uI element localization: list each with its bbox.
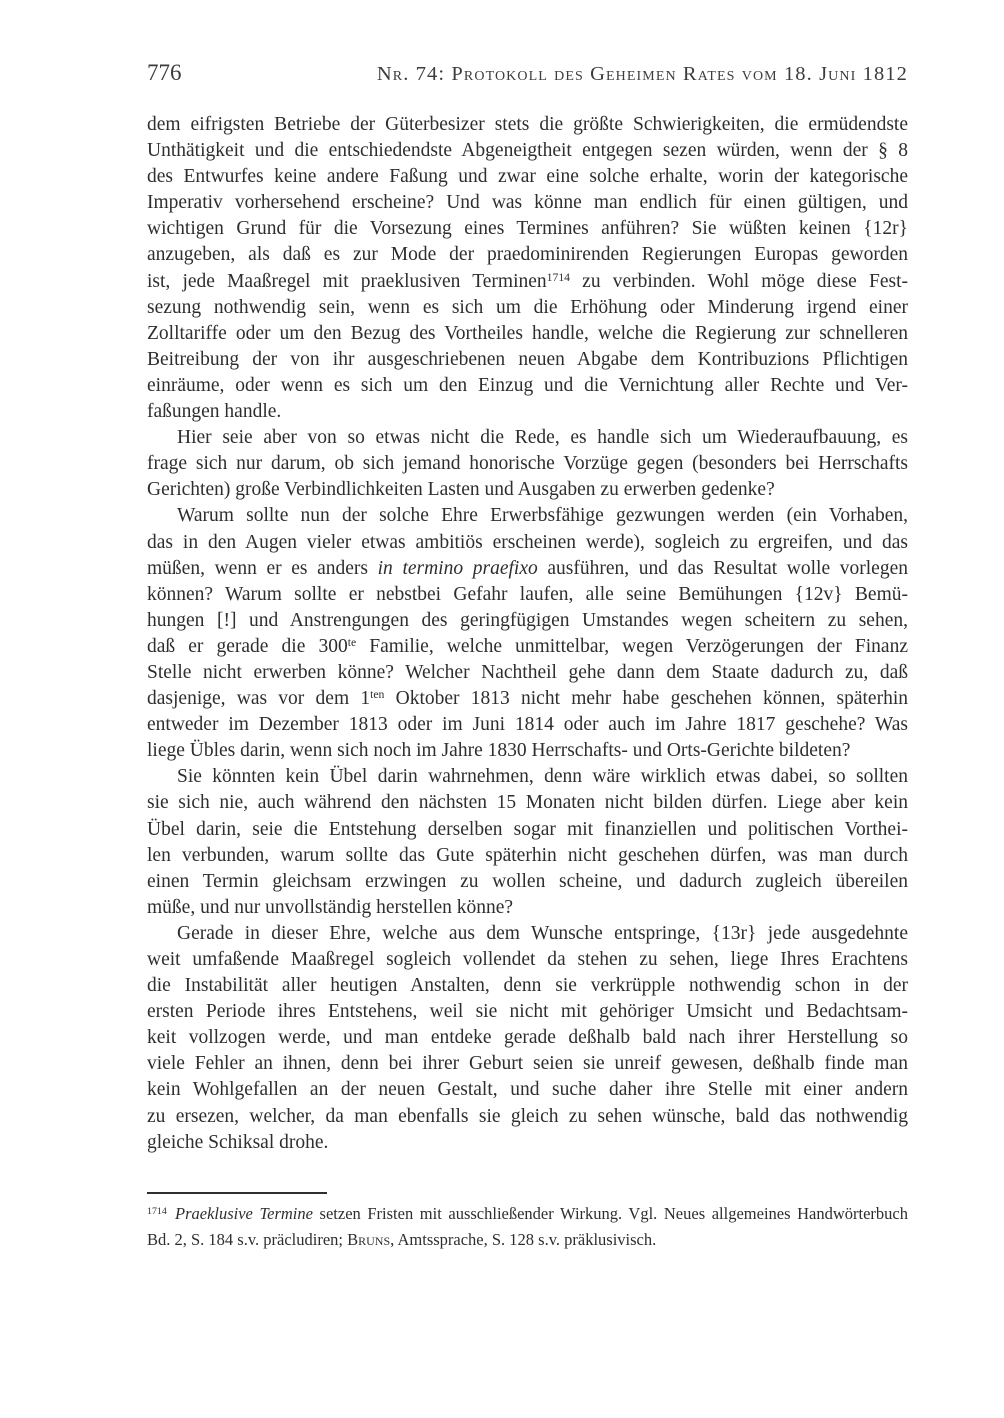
text-line: Stelle nicht erwerben könne? Welcher Nac…: [147, 660, 908, 686]
text-line: faßungen handle.: [147, 399, 908, 425]
text-line: das in den Augen vieler etwas ambitiös e…: [147, 530, 908, 556]
text-line: len verbunden, warum sollte das Gute spä…: [147, 843, 908, 869]
text-run: Oktober 1813 nicht mehr habe geschehen k…: [384, 688, 908, 709]
footnote-separator: [147, 1192, 327, 1194]
text-run: frage sich nur darum, ob sich jemand hon…: [147, 453, 908, 474]
text-line: anzugeben, als daß es zur Mode der praed…: [147, 242, 908, 268]
text-run: ten: [370, 688, 384, 701]
paragraph: Warum sollte nun der solche Ehre Erwerbs…: [147, 503, 908, 764]
text-run: hungen [!] und Anstrengungen des geringf…: [147, 610, 908, 631]
text-run: können? Warum sollte er nebstbei Gefahr …: [147, 584, 908, 605]
text-run: 1714: [147, 1206, 167, 1217]
text-line: sie sich nie, auch während den nächsten …: [147, 790, 908, 816]
text-run: kein Wohlgefallen an der neuen Gestalt, …: [147, 1079, 908, 1100]
body-text: dem eifrigsten Betriebe der Güterbesizer…: [147, 112, 908, 1156]
text-run: ersten Periode ihres Entstehens, weil si…: [147, 1001, 908, 1022]
text-line: frage sich nur darum, ob sich jemand hon…: [147, 451, 908, 477]
text-run: die Instabilität aller heutigen Anstalte…: [147, 975, 908, 996]
text-run: Warum sollte nun der solche Ehre Erwerbs…: [177, 505, 908, 526]
text-run: Gerade in dieser Ehre, welche aus dem Wu…: [177, 923, 908, 944]
text-line: Beitreibung der von ihr ausgeschriebenen…: [147, 347, 908, 373]
text-line: ersten Periode ihres Entstehens, weil si…: [147, 999, 908, 1025]
text-line: zu ersezen, welcher, da man ebenfalls si…: [147, 1104, 908, 1130]
paragraph: Gerade in dieser Ehre, welche aus dem Wu…: [147, 921, 908, 1156]
text-line: Unthätigkeit und die entschiedendste Abg…: [147, 138, 908, 164]
text-run: ausführen, und das Resultat wolle vorleg…: [538, 558, 908, 579]
text-line: entweder im Dezember 1813 oder im Juni 1…: [147, 712, 908, 738]
text-line: sezung nothwendig sein, wenn es sich um …: [147, 295, 908, 321]
text-run: sie sich nie, auch während den nächsten …: [147, 792, 908, 813]
text-run: Bruns: [347, 1230, 390, 1249]
text-run: Imperativ vorhersehend erscheine? Und wa…: [147, 192, 908, 213]
paragraph: Sie könnten kein Übel darin wahrnehmen, …: [147, 764, 908, 921]
text-run: weit umfaßende Maaßregel sogleich vollen…: [147, 949, 908, 970]
text-line: 1714 Praeklusive Termine setzen Fristen …: [147, 1201, 908, 1227]
text-line: Gerichten) große Verbindlichkeiten Laste…: [147, 477, 908, 503]
text-run: des Entwurfes keine andere Faßung und zw…: [147, 166, 908, 187]
text-line: Warum sollte nun der solche Ehre Erwerbs…: [147, 503, 908, 529]
text-run: Übel darin, seie die Entstehung derselbe…: [147, 819, 908, 840]
text-run: Hier seie aber von so etwas nicht die Re…: [177, 427, 908, 448]
text-line: einräume, oder wenn es sich um den Einzu…: [147, 373, 908, 399]
text-line: daß er gerade die 300te Familie, welche …: [147, 634, 908, 660]
text-run: das in den Augen vieler etwas ambitiös e…: [147, 532, 908, 553]
text-run: müße, und nur unvollständig herstellen k…: [147, 897, 513, 918]
text-line: keit vollzogen werde, und man entdeke ge…: [147, 1025, 908, 1051]
text-line: müße, und nur unvollständig herstellen k…: [147, 895, 908, 921]
text-line: einen Termin gleichsam erzwingen zu woll…: [147, 869, 908, 895]
text-line: weit umfaßende Maaßregel sogleich vollen…: [147, 947, 908, 973]
text-run: ist, jede Maaßregel mit praeklusiven Ter…: [147, 271, 547, 292]
running-head-title: Nr. 74: Protokoll des Geheimen Rates vom…: [377, 63, 908, 86]
text-line: Hier seie aber von so etwas nicht die Re…: [147, 425, 908, 451]
text-line: Übel darin, seie die Entstehung derselbe…: [147, 817, 908, 843]
text-run: gleiche Schiksal drohe.: [147, 1132, 328, 1153]
text-line: Imperativ vorhersehend erscheine? Und wa…: [147, 190, 908, 216]
text-run: Unthätigkeit und die entschiedendste Abg…: [147, 140, 908, 161]
text-run: [167, 1204, 175, 1223]
text-line: hungen [!] und Anstrengungen des geringf…: [147, 608, 908, 634]
page-number: 776: [147, 60, 182, 86]
text-run: te: [348, 636, 356, 649]
text-run: einen Termin gleichsam erzwingen zu woll…: [147, 871, 908, 892]
text-run: müßen, wenn er es anders: [147, 558, 378, 579]
text-line: die Instabilität aller heutigen Anstalte…: [147, 973, 908, 999]
text-line: müßen, wenn er es anders in termino prae…: [147, 556, 908, 582]
text-line: Sie könnten kein Übel darin wahrnehmen, …: [147, 764, 908, 790]
text-run: anzugeben, als daß es zur Mode der praed…: [147, 244, 908, 265]
paragraph: dem eifrigsten Betriebe der Güterbesizer…: [147, 112, 908, 425]
text-run: liege Übles darin, wenn sich noch im Jah…: [147, 740, 850, 761]
text-run: viele Fehler an ihnen, denn bei ihrer Ge…: [147, 1053, 908, 1074]
text-run: Praeklusive Termine: [175, 1204, 313, 1223]
text-run: zu ersezen, welcher, da man ebenfalls si…: [147, 1106, 908, 1127]
running-header: 776 Nr. 74: Protokoll des Geheimen Rates…: [147, 60, 908, 86]
text-line: ist, jede Maaßregel mit praeklusiven Ter…: [147, 269, 908, 295]
text-line: des Entwurfes keine andere Faßung und zw…: [147, 164, 908, 190]
text-run: faßungen handle.: [147, 401, 281, 422]
text-run: len verbunden, warum sollte das Gute spä…: [147, 845, 908, 866]
text-run: Zolltariffe oder um den Bezug des Vorthe…: [147, 323, 908, 344]
text-run: Familie, welche unmittelbar, wegen Verzö…: [356, 636, 908, 657]
text-run: setzen Fristen mit ausschließender Wirku…: [313, 1204, 908, 1223]
text-line: Bd. 2, S. 184 s.v. präcludiren; Bruns, A…: [147, 1227, 908, 1253]
text-run: dasjenige, was vor dem 1: [147, 688, 370, 709]
text-run: 1714: [547, 271, 570, 284]
text-line: wichtigen Grund für die Vorsezung eines …: [147, 216, 908, 242]
text-run: zu verbinden. Wohl möge diese Fest-: [570, 271, 908, 292]
footnote: 1714 Praeklusive Termine setzen Fristen …: [147, 1192, 908, 1253]
text-run: Stelle nicht erwerben könne? Welcher Nac…: [147, 662, 908, 683]
text-line: Gerade in dieser Ehre, welche aus dem Wu…: [147, 921, 908, 947]
text-run: wichtigen Grund für die Vorsezung eines …: [147, 218, 908, 239]
text-line: können? Warum sollte er nebstbei Gefahr …: [147, 582, 908, 608]
text-line: Zolltariffe oder um den Bezug des Vorthe…: [147, 321, 908, 347]
text-run: Sie könnten kein Übel darin wahrnehmen, …: [177, 766, 908, 787]
text-run: sezung nothwendig sein, wenn es sich um …: [147, 297, 908, 318]
text-line: dem eifrigsten Betriebe der Güterbesizer…: [147, 112, 908, 138]
text-run: Bd. 2, S. 184 s.v. präcludiren;: [147, 1230, 347, 1249]
text-run: daß er gerade die 300: [147, 636, 348, 657]
text-run: einräume, oder wenn es sich um den Einzu…: [147, 375, 908, 396]
text-run: entweder im Dezember 1813 oder im Juni 1…: [147, 714, 908, 735]
text-run: keit vollzogen werde, und man entdeke ge…: [147, 1027, 908, 1048]
text-run: dem eifrigsten Betriebe der Güterbesizer…: [147, 114, 908, 135]
text-run: Beitreibung der von ihr ausgeschriebenen…: [147, 349, 908, 370]
paragraph: Hier seie aber von so etwas nicht die Re…: [147, 425, 908, 503]
paragraph: 1714 Praeklusive Termine setzen Fristen …: [147, 1201, 908, 1253]
text-line: liege Übles darin, wenn sich noch im Jah…: [147, 738, 908, 764]
text-run: in termino praefixo: [378, 558, 538, 579]
text-run: Gerichten) große Verbindlichkeiten Laste…: [147, 479, 775, 500]
footnote-text: 1714 Praeklusive Termine setzen Fristen …: [147, 1201, 908, 1253]
text-line: gleiche Schiksal drohe.: [147, 1130, 908, 1156]
text-run: , Amtssprache, S. 128 s.v. präklusivisch…: [390, 1230, 656, 1249]
text-line: viele Fehler an ihnen, denn bei ihrer Ge…: [147, 1051, 908, 1077]
text-line: dasjenige, was vor dem 1ten Oktober 1813…: [147, 686, 908, 712]
text-line: kein Wohlgefallen an der neuen Gestalt, …: [147, 1077, 908, 1103]
